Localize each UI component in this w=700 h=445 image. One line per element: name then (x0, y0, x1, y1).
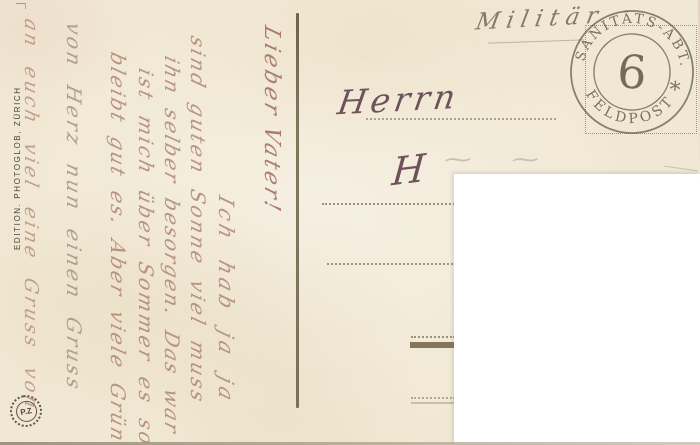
postmark-star: * (668, 78, 681, 104)
postmark-number: 6 (616, 44, 649, 100)
recipient-name-partial: H (390, 146, 427, 195)
handwriting-line: ist mich über Sommer es so (134, 66, 158, 445)
postcard-back: EDITION. PHOTOGLOB, ZÜRICH P.Z Lieber Va… (0, 0, 700, 445)
overlay-edge-scratch (664, 166, 698, 172)
handwriting-line: bleibt gut es. Aber viele Grün (106, 50, 130, 445)
handwriting-line: von Herz nun einen Gruss (62, 20, 86, 394)
covered-handwriting-tops: ~ ~ (441, 148, 552, 173)
handwriting-line: ihn selber besorgen. Das war (160, 54, 184, 438)
address-dotted-line (411, 336, 455, 338)
solid-olive-bar (410, 342, 455, 348)
recipient-prefix: Herrn (335, 77, 462, 123)
postmark-stamp: SANITÄTS-ABT. FELDPOST 6 * (557, 0, 700, 147)
address-dotted-line (411, 397, 455, 399)
handwriting-line: sind guten Sonne viel muss (186, 34, 210, 407)
address-dotted-line (366, 118, 556, 120)
corner-mark (16, 3, 26, 9)
address-dotted-line (322, 203, 462, 205)
faint-bar (411, 402, 454, 404)
handwriting-salutation: Lieber Vater! (259, 23, 284, 217)
address-dotted-line (327, 263, 457, 265)
handwriting-line: an euch viel eine Gruss von (20, 17, 42, 414)
white-cover-rectangle (454, 174, 700, 445)
handwriting-line: Ich hab ja ja (214, 193, 238, 407)
divider-line (296, 13, 299, 408)
